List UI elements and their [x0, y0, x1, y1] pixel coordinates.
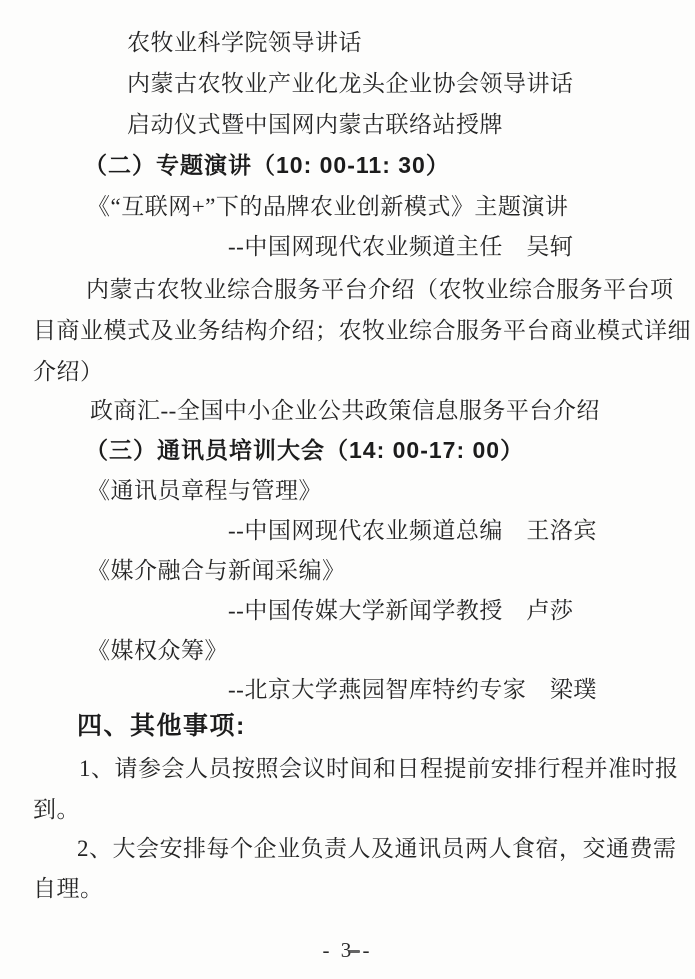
note-line: 到。 — [33, 795, 80, 825]
note-line: 2、大会安排每个企业负责人及通讯员两人食宿，交通费需 — [77, 834, 677, 864]
note-line: 1、请参会人员按照会议时间和日程提前安排行程并准时报 — [79, 754, 679, 784]
platform-intro-line: 内蒙古农牧业综合服务平台介绍（农牧业综合服务平台项 — [86, 275, 674, 305]
ceremony-item: 启动仪式暨中国网内蒙古联络站授牌 — [127, 110, 503, 140]
lecture-speaker: --中国传媒大学新闻学教授 卢莎 — [228, 596, 573, 626]
scan-artifact — [348, 950, 360, 953]
lecture-speaker: --中国网现代农业频道总编 王洛宾 — [228, 516, 597, 546]
lecture-title: 《媒权众筹》 — [87, 636, 228, 666]
section-heading-keynote: （二）专题演讲（10: 00-11: 30） — [84, 150, 450, 180]
lecture-title: 《通讯员章程与管理》 — [87, 476, 322, 506]
other-matters-heading: 四、其他事项: — [77, 711, 246, 741]
ceremony-item: 农牧业科学院领导讲话 — [127, 28, 362, 58]
ceremony-item: 内蒙古农牧业产业化龙头企业协会领导讲话 — [127, 69, 574, 99]
speaker-attribution: --中国网现代农业频道主任 吴轲 — [228, 232, 573, 262]
platform-intro-line: 介绍） — [33, 357, 104, 387]
lecture-speaker: --北京大学燕园智库特约专家 梁璞 — [228, 675, 597, 705]
document-page: 农牧业科学院领导讲话 内蒙古农牧业产业化龙头企业协会领导讲话 启动仪式暨中国网内… — [0, 0, 695, 979]
section-heading-training: （三）通讯员培训大会（14: 00-17: 00） — [85, 435, 524, 465]
zhengshanghui-intro: 政商汇--全国中小企业公共政策信息服务平台介绍 — [90, 396, 600, 426]
platform-intro-line: 目商业模式及业务结构介绍；农牧业综合服务平台商业模式详细 — [33, 316, 691, 346]
speech-title: 《“互联网+”下的品牌农业创新模式》主题演讲 — [87, 192, 568, 222]
lecture-title: 《媒介融合与新闻采编》 — [87, 556, 346, 586]
note-line: 自理。 — [33, 874, 104, 904]
